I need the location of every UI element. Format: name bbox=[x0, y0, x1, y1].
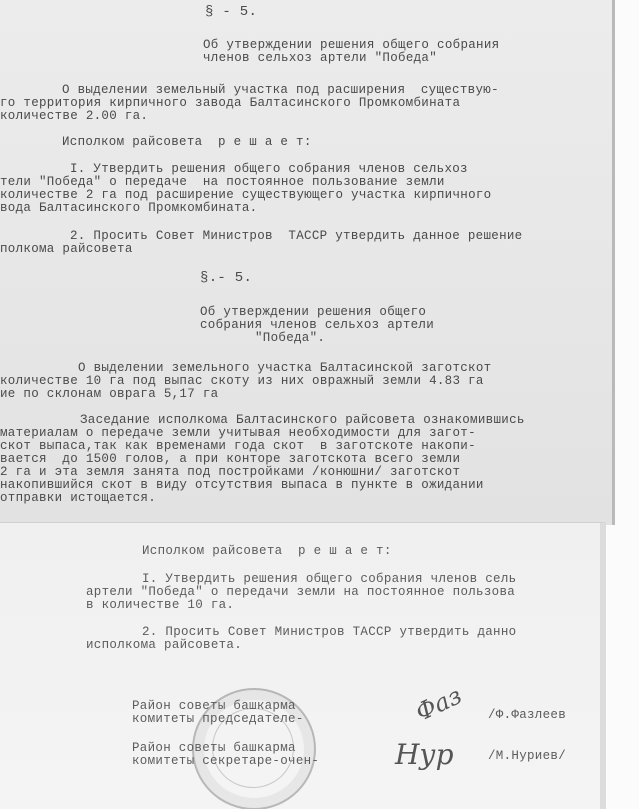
section2-number: §.- 5. bbox=[200, 272, 252, 285]
signature2-title-line2: комитеты секретаре-очен- bbox=[132, 755, 319, 768]
section2-para2-line7: отправки истощается. bbox=[0, 492, 156, 505]
signature2-name: /М.Нуриев/ bbox=[488, 750, 566, 763]
signature1-name: /Ф.Фазлеев bbox=[488, 709, 566, 722]
page2-item1-line3: в количестве 10 га. bbox=[86, 599, 234, 612]
section1-decides: Исполком райсовета р е ш а е т: bbox=[62, 136, 312, 149]
page2-decides: Исполком райсовета р е ш а е т: bbox=[142, 545, 392, 558]
section1-para1-line3: количестве 2.00 га. bbox=[0, 110, 148, 123]
section2-title-line3: "Победа". bbox=[255, 332, 325, 345]
section1-item1-line4: вода Балтасинского Промкомбината. bbox=[0, 202, 257, 215]
section1-item2-line2: полкома райсовета bbox=[0, 243, 133, 256]
section1-number: § - 5. bbox=[205, 6, 257, 19]
section1-item2-line1: 2. Просить Совет Министров ТАССР утверди… bbox=[70, 230, 522, 243]
section2-para1-line3: ие по склонам оврага 5,17 га bbox=[0, 388, 218, 401]
section1-title-line2: членов сельхоз артели "Победа" bbox=[203, 52, 437, 65]
signature1-title-line2: комитеты председателе- bbox=[132, 713, 304, 726]
page2-item2-line2: исполкома райсовета. bbox=[86, 639, 242, 652]
signature2-handwritten: Нур bbox=[395, 738, 454, 771]
